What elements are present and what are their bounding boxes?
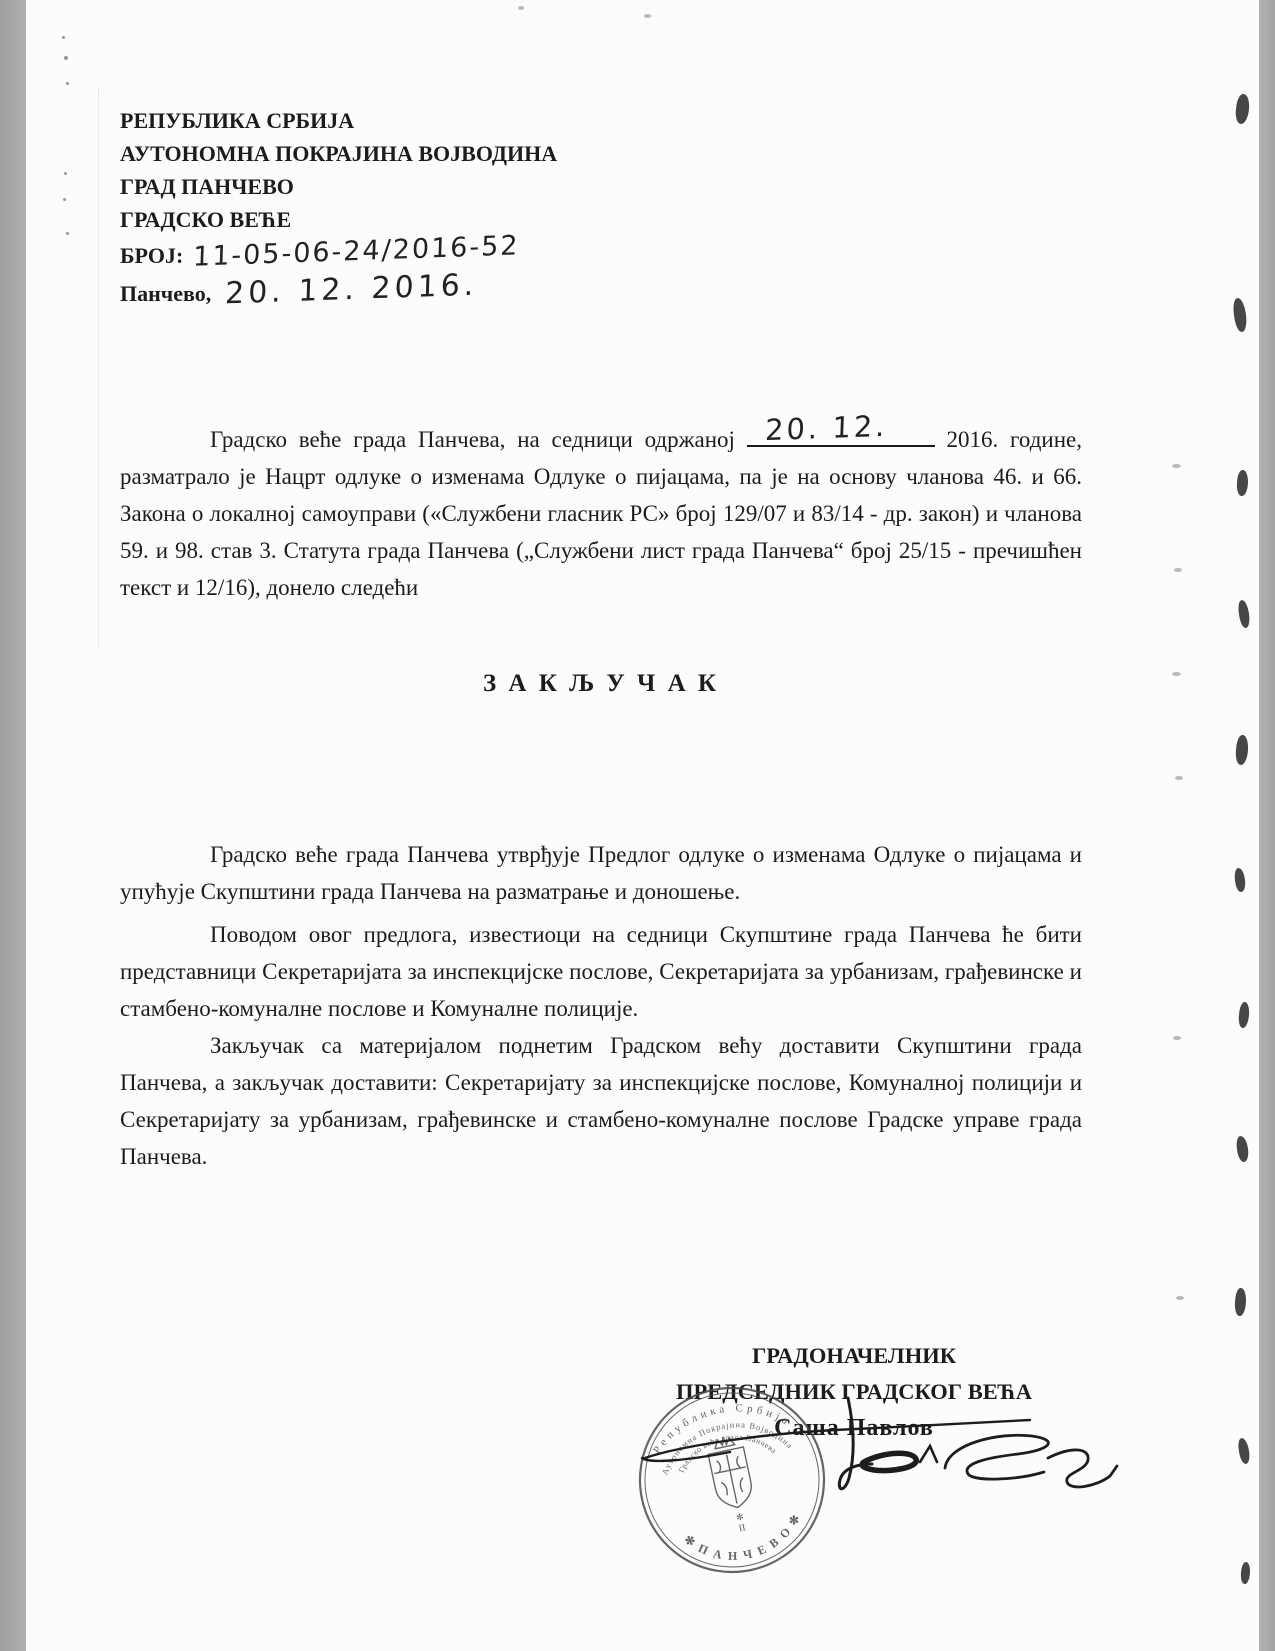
- scan-artifact: [1234, 868, 1246, 893]
- scan-speck: [62, 36, 65, 39]
- document-title: З А К Љ У Ч А К: [120, 670, 1082, 698]
- scan-artifact: [1234, 93, 1251, 125]
- letterhead: РЕПУБЛИКА СРБИЈА АУТОНОМНА ПОКРАЈИНА ВОЈ…: [120, 104, 557, 308]
- scan-speck: [63, 198, 66, 201]
- scan-artifact: [1236, 1135, 1250, 1162]
- intro-text-after-blank: 2016. године, разматрало је Нацрт одлуке…: [120, 427, 1082, 600]
- handwritten-signature: [620, 1380, 1120, 1520]
- scan-artifact: [1240, 1562, 1251, 1585]
- scan-speck: [1172, 672, 1181, 676]
- scan-edge-left: [0, 0, 26, 1651]
- scanned-document-page: РЕПУБЛИКА СРБИЈА АУТОНОМНА ПОКРАЈИНА ВОЈ…: [0, 0, 1275, 1651]
- place-label: Панчево,: [120, 281, 211, 306]
- fold-line: [98, 88, 99, 648]
- scan-speck: [1175, 776, 1183, 780]
- scan-edge-right: [1259, 0, 1275, 1651]
- scan-artifact: [1237, 1437, 1251, 1464]
- date-blank-underline: 20. 12.: [747, 421, 935, 447]
- letterhead-line-republic: РЕПУБЛИКА СРБИЈА: [120, 104, 557, 137]
- scan-speck: [1172, 464, 1181, 468]
- scan-artifact: [1237, 1001, 1250, 1028]
- scan-artifact: [1237, 599, 1250, 628]
- scan-artifact: [1236, 470, 1249, 497]
- scan-speck: [66, 82, 69, 85]
- scan-artifact: [1234, 734, 1249, 765]
- document-number-row: БРОЈ:11-05-06-24/2016-52: [120, 238, 557, 271]
- scan-artifact: [1232, 297, 1247, 332]
- scan-speck: [644, 14, 651, 18]
- scan-speck: [1176, 1296, 1184, 1300]
- stamp-numeral: II: [738, 1522, 747, 1534]
- scan-speck: [66, 232, 69, 235]
- session-date-handwritten: 20. 12.: [764, 408, 888, 449]
- intro-paragraph: Градско веће града Панчева, на седници о…: [120, 421, 1082, 606]
- paragraph-decision: Градско веће града Панчева утврђује Пред…: [120, 836, 1082, 910]
- paragraph-distribution: Закључак са материјалом поднетим Градско…: [120, 1027, 1082, 1175]
- place-date-row: Панчево,20. 12. 2016.: [120, 275, 557, 308]
- scan-artifact: [1234, 1288, 1247, 1317]
- scan-speck: [1174, 568, 1182, 572]
- date-handwritten: 20. 12. 2016.: [225, 269, 478, 311]
- letterhead-line-city: ГРАД ПАНЧЕВО: [120, 170, 557, 203]
- scan-speck: [1173, 1036, 1181, 1040]
- document-number-label: БРОЈ:: [120, 243, 183, 268]
- scan-speck: [64, 172, 67, 175]
- intro-text-before-blank: Градско веће града Панчева, на седници о…: [210, 427, 735, 452]
- scan-speck: [518, 6, 524, 10]
- letterhead-line-province: АУТОНОМНА ПОКРАЈИНА ВОЈВОДИНА: [120, 137, 557, 170]
- paragraph-rapporteurs: Поводом овог предлога, известиоци на сед…: [120, 916, 1082, 1027]
- scan-speck: [64, 56, 68, 60]
